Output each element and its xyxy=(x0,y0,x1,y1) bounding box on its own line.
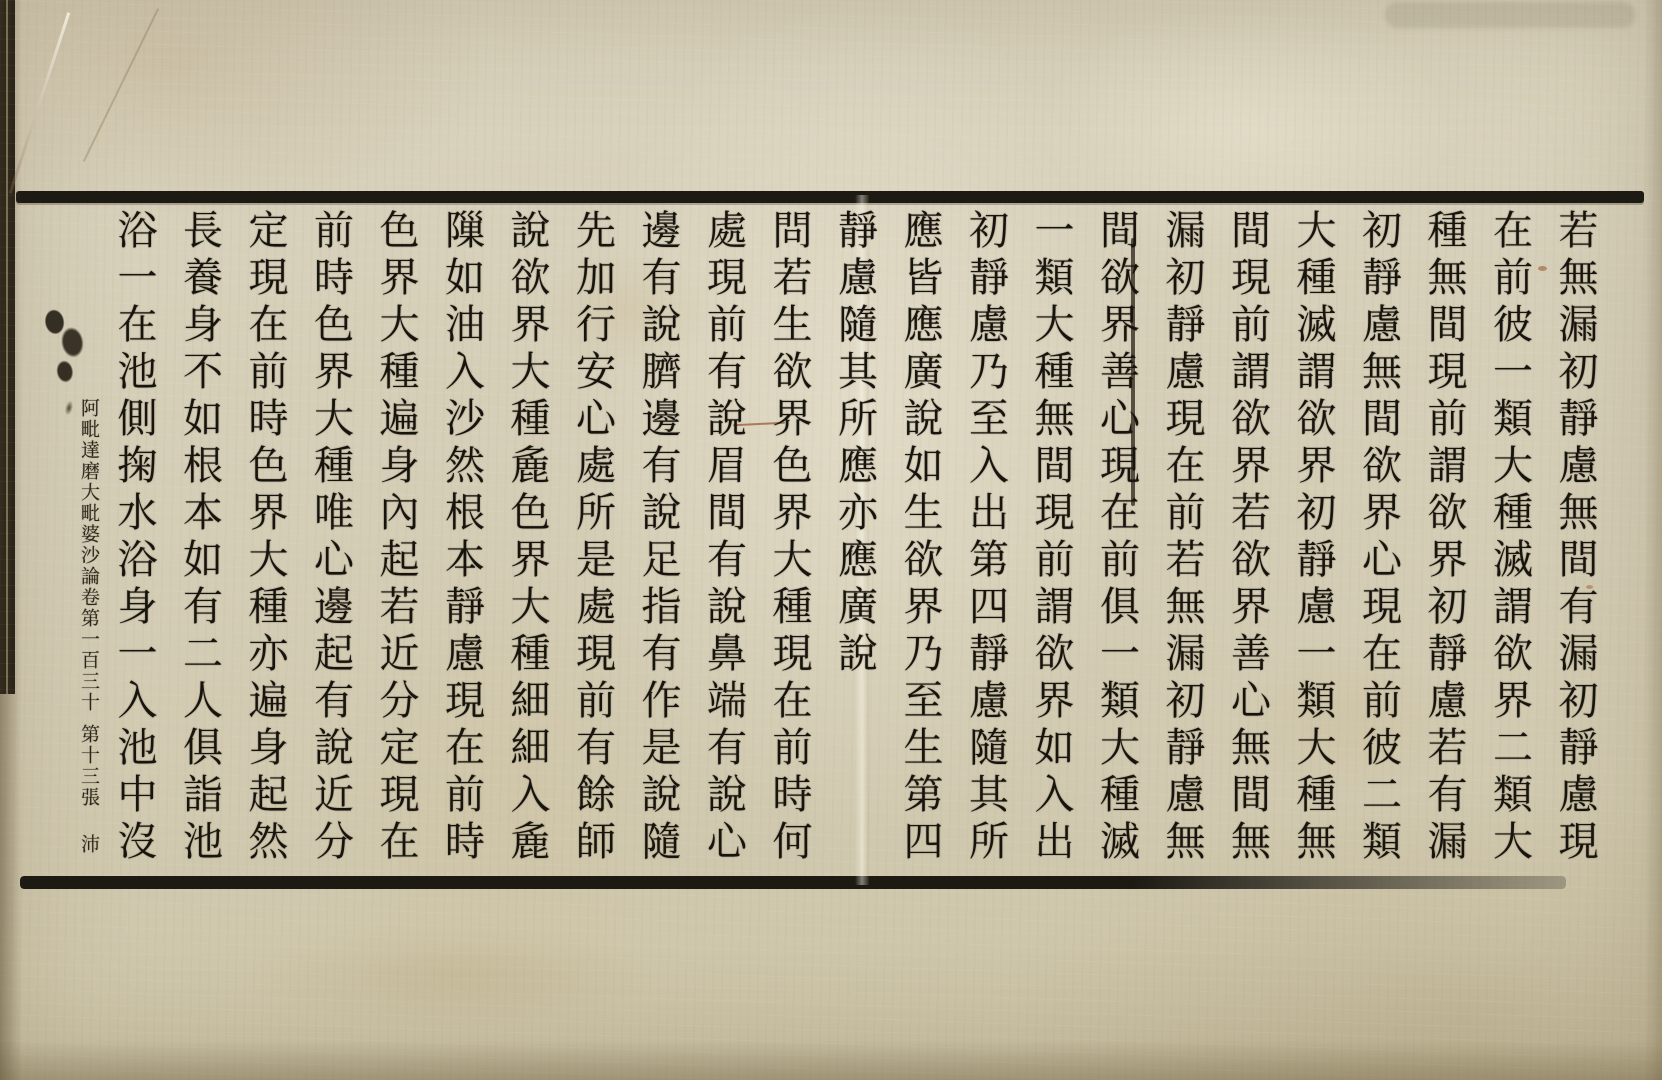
text-column-1: 若無漏初靜慮無間有漏初靜慮現 xyxy=(1542,209,1608,881)
text-column-8: 間欲界善心現在前俱一類大種滅 xyxy=(1083,209,1149,881)
text-column-19: 色界大種遍身內起若近分定現在 xyxy=(363,209,429,881)
text-column-14: 處現前有說眉間有說鼻端有說心 xyxy=(690,209,756,881)
text-column-23: 浴一在池側掬水浴身一入池中沒 xyxy=(101,209,167,881)
text-column-9: 一類大種無間現前謂欲界如入出 xyxy=(1018,209,1084,881)
colophon-sheet-number: 第十三張 xyxy=(74,724,104,808)
text-column-21: 定現在前時色界大種亦遍身起然 xyxy=(232,209,298,881)
sutra-text-block: 若無漏初靜慮無間有漏初靜慮現 在前彼一類大種滅謂欲界二類大 種無間現前謂欲界初靜… xyxy=(101,209,1608,881)
text-column-10: 初靜慮乃至入出第四靜慮隨其所 xyxy=(952,209,1018,881)
colophon-scroll-title: 阿毗達磨大毗婆沙論卷第一百三十 xyxy=(74,398,104,713)
text-column-18: 隟如油入沙然根本靜慮現在前時 xyxy=(428,209,494,881)
colophon-case-mark: 沛 xyxy=(74,834,104,855)
page-edge-right-shadow xyxy=(1644,0,1662,1080)
text-column-4: 初靜慮無間欲界心現在前彼二類 xyxy=(1345,209,1411,881)
text-column-12: 靜慮隨其所應亦應廣說 xyxy=(821,209,887,881)
page-edge-bottom-shadow xyxy=(0,1040,1662,1080)
scanned-sutra-page: 若無漏初靜慮無間有漏初靜慮現 在前彼一類大種滅謂欲界二類大 種無間現前謂欲界初靜… xyxy=(0,0,1662,1080)
text-column-15: 邊有說臍邊有說足指有作是說隨 xyxy=(625,209,691,881)
text-column-11: 應皆應廣說如生欲界乃至生第四 xyxy=(887,209,953,881)
frame-rule-top xyxy=(16,191,1644,203)
text-column-7: 漏初靜慮現在前若無漏初靜慮無 xyxy=(1149,209,1215,881)
paper-stain xyxy=(240,920,660,1030)
ink-bleedthrough-mark xyxy=(1385,2,1635,28)
ink-smudge xyxy=(35,299,97,397)
text-column-20: 前時色界大種唯心邊起有說近分 xyxy=(297,209,363,881)
page-edge-left-shadow xyxy=(0,0,22,1080)
text-column-13: 問若生欲界色界大種現在前時何 xyxy=(756,209,822,881)
text-column-5: 大種滅謂欲界初靜慮一類大種無 xyxy=(1280,209,1346,881)
paper-crease xyxy=(83,8,159,162)
text-column-2: 在前彼一類大種滅謂欲界二類大 xyxy=(1476,209,1542,881)
text-column-16: 先加行安心處所是處現前有餘師 xyxy=(559,209,625,881)
text-column-6: 間現前謂欲界若欲界善心無間無 xyxy=(1214,209,1280,881)
text-column-22: 長養身不如根本如有二人俱詣池 xyxy=(166,209,232,881)
text-column-3: 種無間現前謂欲界初靜慮若有漏 xyxy=(1411,209,1477,881)
text-column-17: 說欲界大種麁色界大種細細入麁 xyxy=(494,209,560,881)
